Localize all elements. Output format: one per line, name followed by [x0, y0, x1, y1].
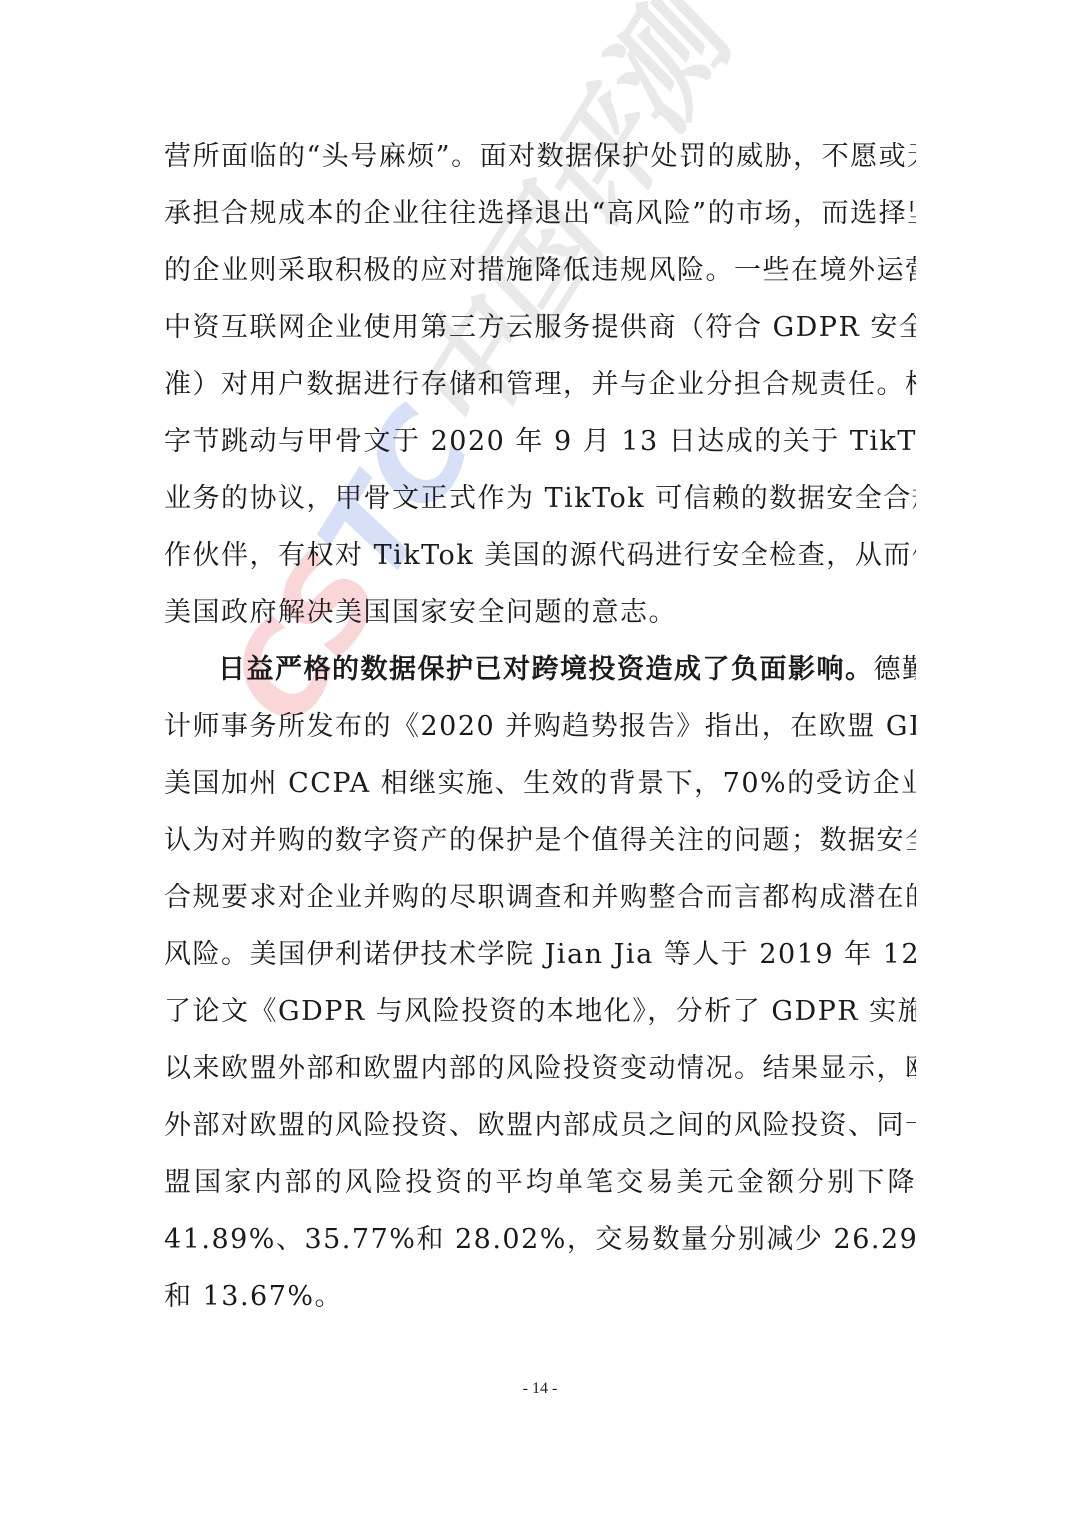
- paragraph-lead-line: 日益严格的数据保护已对跨境投资造成了负面影响。德勤会: [164, 641, 916, 698]
- lead-line-rest: 德勤会: [874, 654, 917, 685]
- page-number: - 14 -: [0, 1380, 1080, 1398]
- text-line: 风险。美国伊利诺伊技术学院 Jian Jia 等人于 2019 年 12 月发表: [164, 926, 916, 983]
- text-line: 外部对欧盟的风险投资、欧盟内部成员之间的风险投资、同一欧: [164, 1097, 916, 1154]
- text-line: 营所面临的“头号麻烦”。面对数据保护处罚的威胁，不愿或无力: [164, 128, 916, 185]
- text-line: 美国加州 CCPA 相继实施、生效的背景下，70%的受访企业代表: [164, 755, 916, 812]
- bold-topic-sentence: 日益严格的数据保护已对跨境投资造成了负面影响。: [218, 654, 874, 685]
- text-line: 计师事务所发布的《2020 并购趋势报告》指出，在欧盟 GDPR 和: [164, 698, 916, 755]
- text-line: 的企业则采取积极的应对措施降低违规风险。一些在境外运营的: [164, 242, 916, 299]
- document-page: CSTC中国评测 营所面临的“头号麻烦”。面对数据保护处罚的威胁，不愿或无力 承…: [0, 0, 1080, 1527]
- text-line: 业务的协议，甲骨文正式作为 TikTok 可信赖的数据安全合规合: [164, 470, 916, 527]
- body-text: 营所面临的“头号麻烦”。面对数据保护处罚的威胁，不愿或无力 承担合规成本的企业往…: [164, 128, 916, 1325]
- text-line: 了论文《GDPR 与风险投资的本地化》，分析了 GDPR 实施一年: [164, 983, 916, 1040]
- text-line: 盟国家内部的风险投资的平均单笔交易美元金额分别下降: [164, 1154, 916, 1211]
- text-line: 以来欧盟外部和欧盟内部的风险投资变动情况。结果显示，欧盟: [164, 1040, 916, 1097]
- text-line: 准）对用户数据进行存储和管理，并与企业分担合规责任。根据: [164, 356, 916, 413]
- text-line: 认为对并购的数字资产的保护是个值得关注的问题；数据安全的: [164, 812, 916, 869]
- text-line: 作伙伴，有权对 TikTok 美国的源代码进行安全检查，从而代表: [164, 527, 916, 584]
- text-line: 41.89%、35.77%和 28.02%，交易数量分别减少 26.29%、20…: [164, 1211, 916, 1268]
- text-line: 美国政府解决美国国家安全问题的意志。: [164, 584, 916, 641]
- text-line: 字节跳动与甲骨文于 2020 年 9 月 13 日达成的关于 TikTok 美国: [164, 413, 916, 470]
- text-line: 合规要求对企业并购的尽职调查和并购整合而言都构成潜在的: [164, 869, 916, 926]
- text-line: 中资互联网企业使用第三方云服务提供商（符合 GDPR 安全标: [164, 299, 916, 356]
- text-line: 和 13.67%。: [164, 1268, 916, 1325]
- text-line: 承担合规成本的企业往往选择退出“高风险”的市场，而选择坚守: [164, 185, 916, 242]
